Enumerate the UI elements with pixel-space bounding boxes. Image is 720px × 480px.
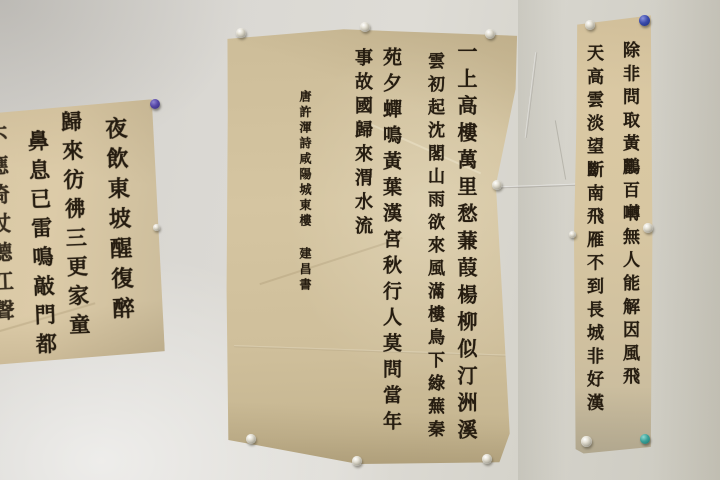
calligraphy-column: 雲初起沈閣山雨欲來風滿樓鳥下綠蕪秦 <box>422 52 447 443</box>
calligraphy-column-cropped: 不應倚杖聽江聲 <box>0 125 19 329</box>
pushpin-teal <box>640 434 650 444</box>
pushpin-clear <box>643 223 653 233</box>
calligraphy-column: 一上高樓萬里愁蒹葭楊柳似汀洲溪 <box>452 41 481 446</box>
right-calligraphy-strip: 除非問取黃鸝百囀無人能解因風飛 天高雲淡望斷南飛雁不到長城非好漢 <box>574 14 654 458</box>
calligraphy-column: 苑夕蟬鳴黃葉漢宮秋行人莫問當年 <box>378 47 405 437</box>
wall-crack <box>525 52 537 138</box>
calligraphy-column: 夜飲東坡醒復醉 <box>99 116 138 327</box>
wall-crack <box>555 120 566 179</box>
center-calligraphy-sheet: 一上高樓萬里愁蒹葭楊柳似汀洲溪 雲初起沈閣山雨欲來風滿樓鳥下綠蕪秦 苑夕蟬鳴黃葉… <box>226 28 520 464</box>
pushpin-clear <box>360 22 370 32</box>
calligraphy-column: 天高雲淡望斷南飛雁不到長城非好漢 <box>581 44 606 417</box>
calligraphy-column: 歸來彷彿三更家童 <box>55 110 94 343</box>
calligraphy-column: 鼻息已雷鳴敲門都 <box>22 129 61 362</box>
pushpin-clear <box>246 434 256 444</box>
left-calligraphy-sheet: 夜飲東坡醒復醉 歸來彷彿三更家童 鼻息已雷鳴敲門都 不應倚杖聽江聲 <box>0 99 165 367</box>
pushpin-clear <box>569 231 576 238</box>
signature-column: 唐許渾詩咸陽城東樓 建昌書 <box>297 90 314 294</box>
pushpin-clear <box>581 436 592 447</box>
calligraphy-column: 除非問取黃鸝百囀無人能解因風飛 <box>617 41 642 391</box>
pushpin-clear <box>492 180 502 190</box>
pushpin-clear <box>485 29 495 39</box>
pushpin-clear <box>236 28 246 38</box>
pushpin-clear <box>482 454 492 464</box>
pushpin-clear <box>585 20 595 30</box>
wall: 夜飲東坡醒復醉 歸來彷彿三更家童 鼻息已雷鳴敲門都 不應倚杖聽江聲 一上高樓萬里… <box>0 0 720 480</box>
calligraphy-column: 事故國歸來渭水流 <box>349 48 375 240</box>
wall-shadow-band <box>652 0 720 480</box>
pushpin-blue <box>639 15 650 26</box>
pushpin-clear <box>352 456 362 466</box>
pushpin-clear <box>153 224 160 231</box>
pushpin-purple <box>150 99 160 109</box>
wall-crack <box>500 184 578 189</box>
wall-shadow-band <box>518 0 578 480</box>
